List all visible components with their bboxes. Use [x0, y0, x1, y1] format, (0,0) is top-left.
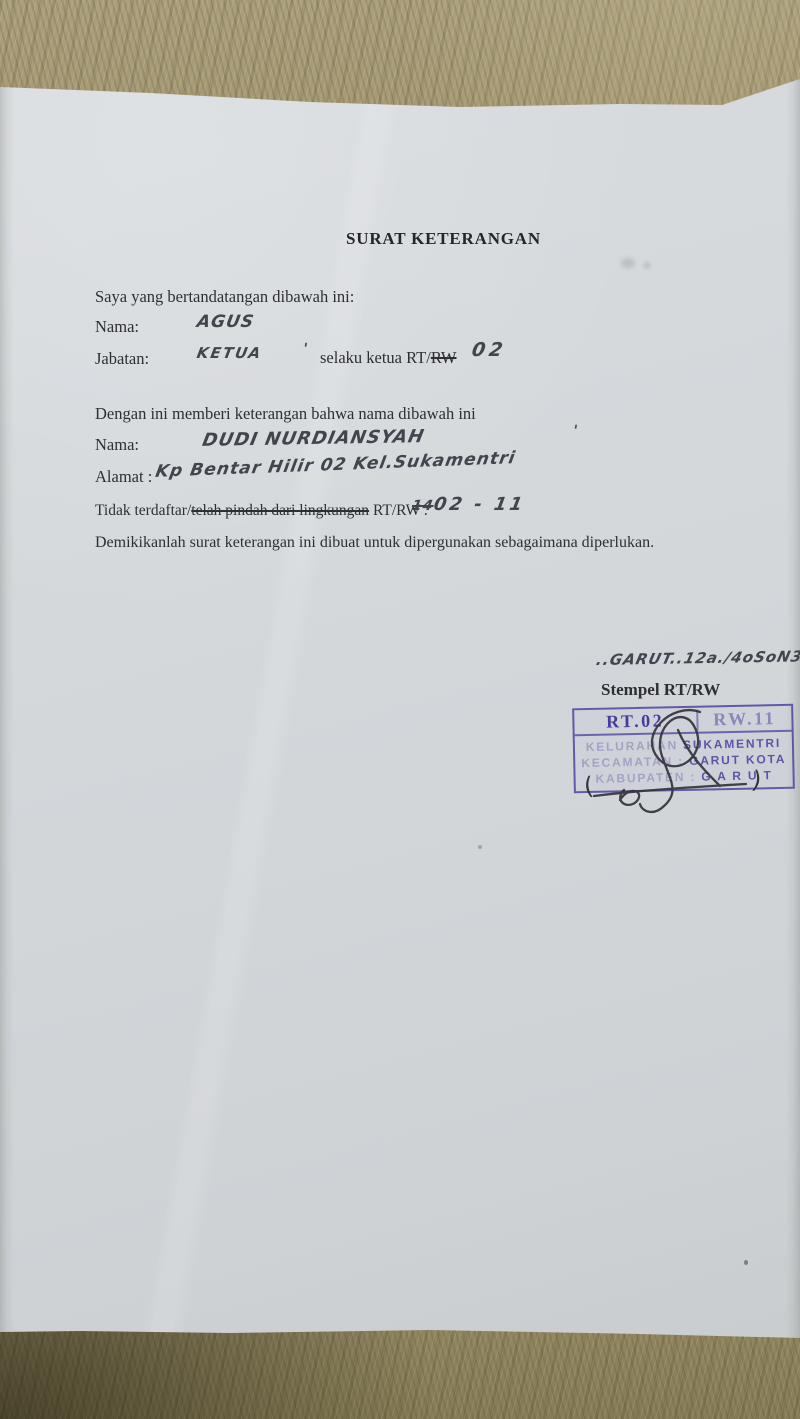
issuer-nama-handwritten: AGUS	[195, 312, 256, 332]
statement-struck-phrase: telah pindah dari lingkungan	[191, 502, 369, 519]
body-intro-line: Dengan ini memberi keterangan bahwa nama…	[95, 404, 476, 424]
document-content: SURAT KETERANGAN Saya yang bertandatanga…	[0, 0, 800, 1419]
document-title: SURAT KETERANGAN	[346, 229, 541, 249]
photo-of-document: { "scene": { "background": "fur-carpet",…	[0, 0, 800, 1419]
subject-nama-label: Nama:	[95, 435, 139, 455]
statement-rtrw-handwritten: 02 - 11	[432, 494, 527, 515]
closing-line: Demikikanlah surat keterangan ini dibuat…	[95, 534, 654, 552]
alamat-label: Alamat :	[95, 467, 152, 487]
handwritten-signature	[560, 688, 800, 833]
paper-sheet: SURAT KETERANGAN Saya yang bertandatanga…	[0, 0, 800, 1419]
issuer-jabatan-label: Jabatan:	[95, 349, 149, 369]
selaku-prefix: selaku ketua RT/	[320, 348, 431, 367]
issuer-jabatan-handwritten: KETUA	[195, 344, 263, 362]
paper-smudge	[621, 258, 635, 268]
paper-speck	[478, 845, 482, 849]
jabatan-tick-mark: '	[302, 341, 310, 357]
statement-line: Tidak terdaftar/telah pindah dari lingku…	[95, 502, 428, 520]
selaku-rtrw-number-handwritten: 02	[470, 339, 508, 361]
paper-smudge	[643, 262, 651, 269]
place-date-handwritten: ..GARUT..12a./4oSoN36.	[594, 647, 800, 669]
issuer-nama-label: Nama:	[95, 317, 139, 337]
statement-scratched-mark: 14	[411, 498, 435, 514]
selaku-struck-rw: RW	[431, 348, 457, 367]
paper-speck	[744, 1260, 748, 1265]
statement-prefix: Tidak terdaftar/	[95, 502, 191, 519]
alamat-handwritten: Kp Bentar Hilir 02 Kel.Sukamentri	[154, 448, 517, 482]
intro-line: Saya yang bertandatangan dibawah ini:	[95, 287, 354, 307]
subject-nama-tick-mark: '	[572, 423, 580, 439]
selaku-line: selaku ketua RT/RW	[320, 348, 456, 368]
subject-nama-handwritten: DUDI NURDIANSYAH	[201, 426, 427, 451]
